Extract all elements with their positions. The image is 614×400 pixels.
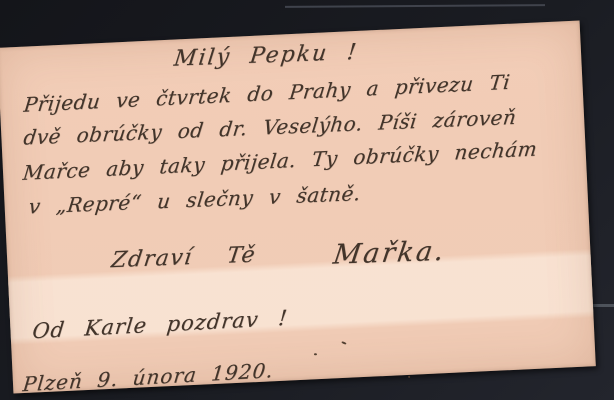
body-line-4: v „Repré“ u slečny v šatně.	[27, 181, 362, 218]
ink-speck	[341, 341, 346, 345]
postscript-line: Od Karle pozdrav !	[31, 306, 289, 344]
scanner-background: Milý Pepku ! Přijedu ve čtvrtek do Prahy…	[0, 0, 614, 400]
ink-speck	[408, 376, 410, 378]
signature: Mařka.	[331, 236, 448, 271]
postcard: Milý Pepku ! Přijedu ve čtvrtek do Prahy…	[0, 20, 596, 393]
scan-artifact-streak	[592, 304, 614, 307]
greeting-line: Milý Pepku !	[173, 40, 360, 72]
closing-line: Zdraví Tě	[110, 242, 258, 273]
scan-artifact-streak	[285, 4, 545, 8]
dateline: Plzeň 9. února 1920.	[22, 358, 275, 396]
ink-speck	[314, 353, 317, 355]
